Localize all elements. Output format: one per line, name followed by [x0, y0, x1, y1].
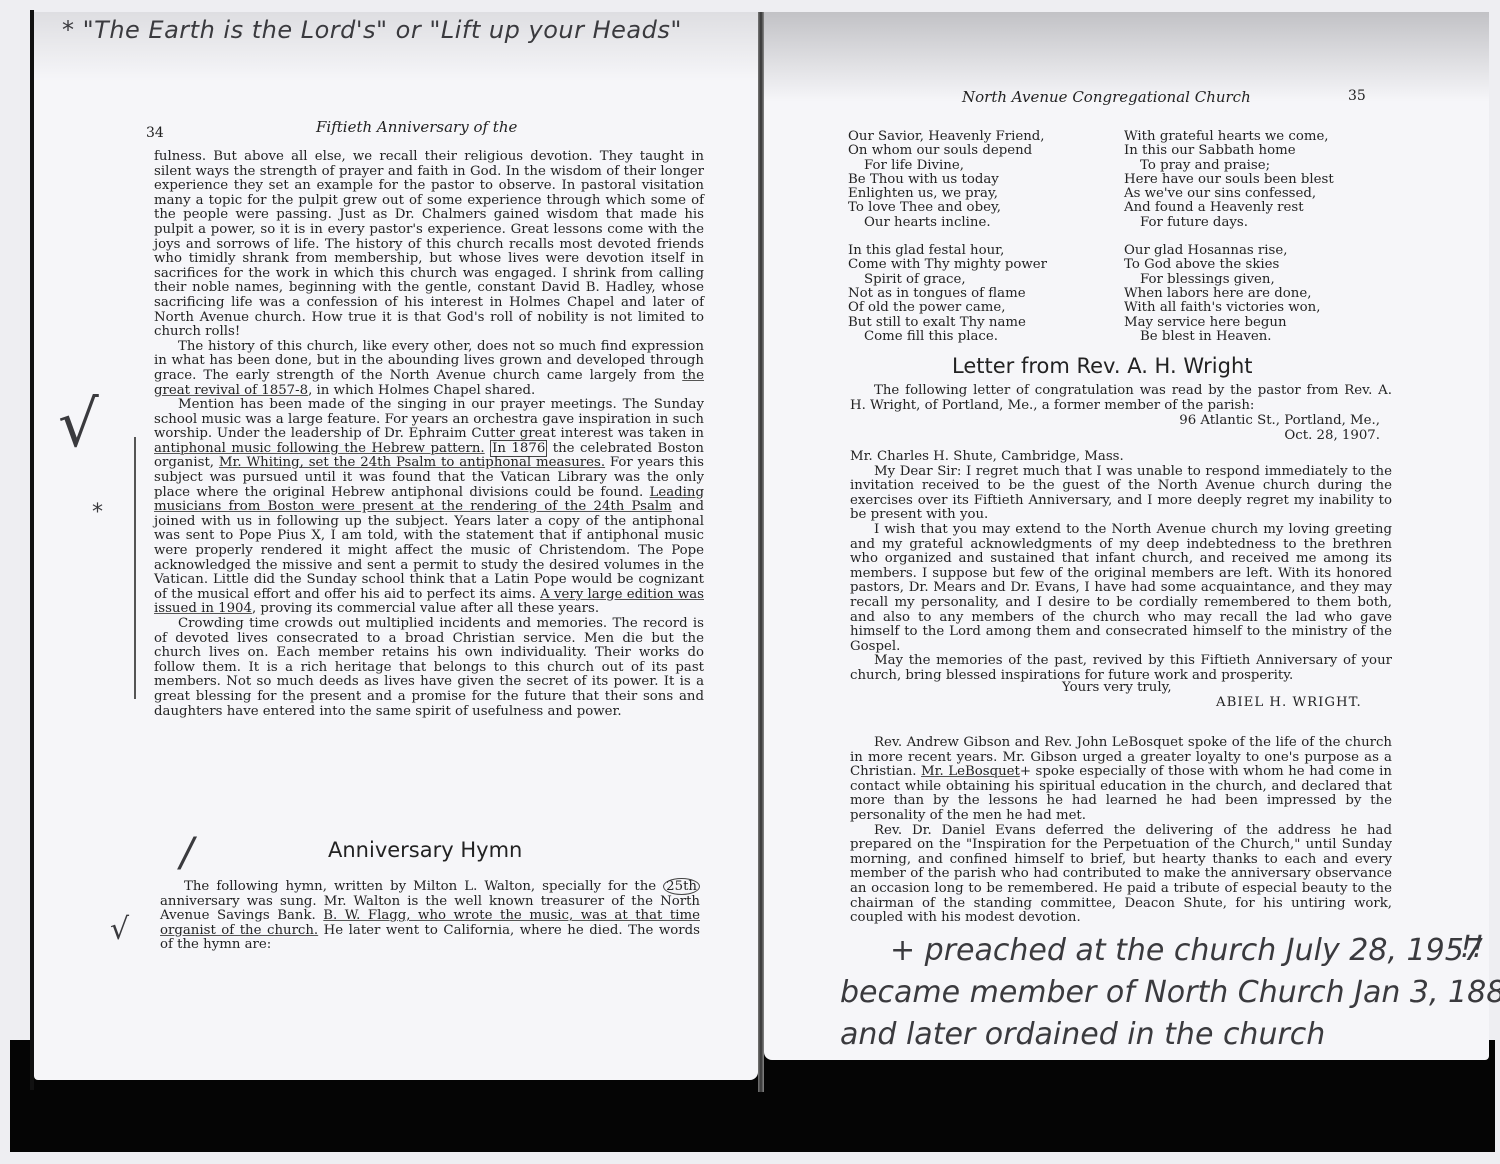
letter-body: Mr. Charles H. Shute, Cambridge, Mass. M… [850, 450, 1392, 684]
hymn-line: Of old the power came, [848, 301, 1047, 315]
paragraph: Mention has been made of the singing in … [154, 398, 704, 617]
hymn-line: Our hearts incline. [848, 216, 1047, 230]
section-title-letter: Letter from Rev. A. H. Wright [952, 354, 1253, 378]
hymn-line: Be blest in Heaven. [1124, 330, 1334, 344]
boxed-text: In 1876 [490, 440, 547, 457]
hymn-line: Our Savior, Heavenly Friend, [848, 130, 1047, 144]
running-head-right: North Avenue Congregational Church [962, 88, 1251, 106]
hymn-line: Be Thou with us today [848, 173, 1047, 187]
letter-intro: The following letter of congratulation w… [850, 384, 1392, 413]
hymn-line: For future days. [1124, 216, 1334, 230]
paragraph: The following letter of congratulation w… [850, 384, 1392, 413]
underlined-text: Mr. LeBosquet [921, 764, 1020, 779]
hymn-line: To love Thee and obey, [848, 201, 1047, 215]
hymn-line: Not as in tongues of flame [848, 287, 1047, 301]
letter-recipient: Mr. Charles H. Shute, Cambridge, Mass. [850, 450, 1392, 465]
checkmark-icon: √ [110, 912, 129, 947]
hymn-column-1: Our Savior, Heavenly Friend, On whom our… [848, 130, 1047, 344]
hymn-line: In this glad festal hour, [848, 244, 1047, 258]
address-line: 96 Atlantic St., Portland, Me., [1100, 414, 1380, 429]
hymn-line: Here have our souls been blest [1124, 173, 1334, 187]
checkmark-icon: √ [58, 388, 99, 462]
section-title-anniversary-hymn: Anniversary Hymn [328, 838, 522, 862]
closing-remarks: Rev. Andrew Gibson and Rev. John LeBosqu… [850, 736, 1392, 926]
hymn-line: Enlighten us, we pray, [848, 187, 1047, 201]
exclamation-annotation: !! [1460, 930, 1484, 965]
hymn-intro-text: The following hymn, written by Milton L.… [160, 880, 700, 953]
hymn-line: With grateful hearts we come, [1124, 130, 1334, 144]
paragraph: Rev. Dr. Daniel Evans deferred the deliv… [850, 824, 1392, 926]
hymn-line: Come fill this place. [848, 330, 1047, 344]
paragraph: I wish that you may extend to the North … [850, 523, 1392, 654]
circled-text: 25th [663, 878, 700, 895]
hymn-line: When labors here are done, [1124, 287, 1334, 301]
hymn-line: On whom our souls depend [848, 144, 1047, 158]
hymn-line: And found a Heavenly rest [1124, 201, 1334, 215]
hymn-line: To pray and praise; [1124, 159, 1334, 173]
hymn-line: May service here begun [1124, 316, 1334, 330]
hymn-line: As we've our sins confessed, [1124, 187, 1334, 201]
handwritten-annotation-bottom: + preached at the church July 28, 1957 b… [840, 930, 1500, 1056]
paragraph: Rev. Andrew Gibson and Rev. John LeBosqu… [850, 736, 1392, 824]
hymn-line: For blessings given, [1124, 273, 1334, 287]
letter-closing: Yours very truly, [1062, 680, 1172, 695]
left-body-text: fulness. But above all else, we recall t… [154, 150, 704, 719]
paragraph: My Dear Sir: I regret much that I was un… [850, 465, 1392, 523]
hymn-line: Come with Thy mighty power [848, 258, 1047, 272]
underlined-text: Mr. Whiting, set the 24th Psalm to antip… [219, 455, 605, 470]
running-head-left: Fiftieth Anniversary of the [316, 118, 517, 136]
book-gutter [758, 12, 764, 1092]
underlined-text: antiphonal music following the Hebrew pa… [154, 441, 485, 456]
page-number-left: 34 [146, 125, 164, 141]
hymn-line: Spirit of grace, [848, 273, 1047, 287]
pencil-stroke: / [180, 830, 193, 876]
paragraph: The following hymn, written by Milton L.… [160, 880, 700, 953]
handwritten-annotation-top: * "The Earth is the Lord's" or "Lift up … [62, 16, 682, 44]
hymn-line: To God above the skies [1124, 258, 1334, 272]
hymn-line: For life Divine, [848, 159, 1047, 173]
paragraph: Crowding time crowds out multiplied inci… [154, 617, 704, 719]
page-number-right: 35 [1348, 88, 1366, 104]
hymn-line: Our glad Hosannas rise, [1124, 244, 1334, 258]
hymn-column-2: With grateful hearts we come, In this ou… [1124, 130, 1334, 344]
paragraph: The history of this church, like every o… [154, 340, 704, 398]
paragraph: fulness. But above all else, we recall t… [154, 150, 704, 340]
hymn-line: But still to exalt Thy name [848, 316, 1047, 330]
hymn-line: In this our Sabbath home [1124, 144, 1334, 158]
letter-date: Oct. 28, 1907. [1100, 429, 1380, 444]
asterisk-icon: * [92, 500, 103, 525]
letter-signature: ABIEL H. WRIGHT. [1216, 695, 1362, 710]
hymn-line: With all faith's victories won, [1124, 301, 1334, 315]
margin-bracket-line [134, 437, 136, 699]
letter-address: 96 Atlantic St., Portland, Me., Oct. 28,… [1100, 414, 1380, 443]
